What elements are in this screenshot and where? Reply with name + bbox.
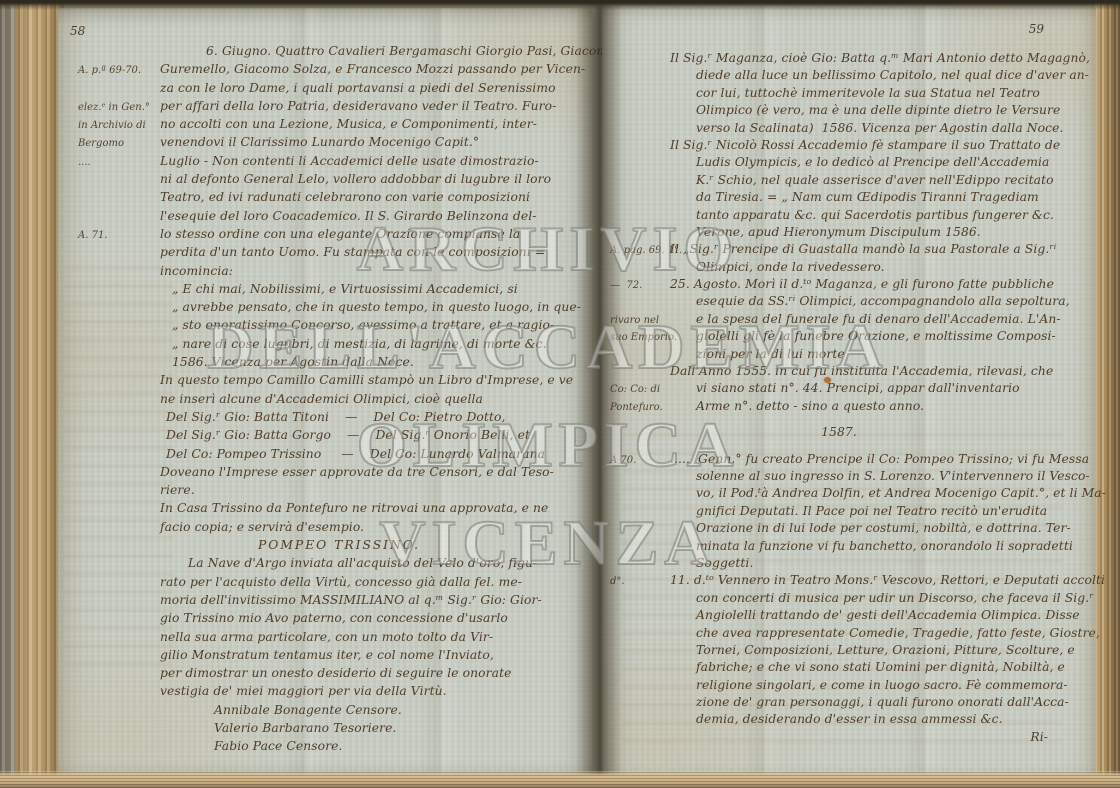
- line-text: vi siano stati n°. 44. Prencipi, appar d…: [696, 381, 1088, 395]
- manuscript-line: ni al defonto General Lelo, vollero addo…: [66, 172, 578, 190]
- page-number-right: 59: [1029, 22, 1044, 36]
- line-text: religione singolari, e come in luogo sac…: [696, 678, 1088, 692]
- line-text: vestigia de' miei maggiori per via della…: [160, 684, 578, 698]
- line-text: In questo tempo Camillo Camilli stampò u…: [160, 373, 578, 387]
- manuscript-line: tanto apparatu &c. qui Sacerdotis partib…: [606, 208, 1088, 225]
- line-text: perdita d'un tanto Uomo. Fu stampata con…: [160, 245, 578, 259]
- line-text: In Casa Trissino da Pontefuro ne ritrova…: [160, 501, 578, 515]
- manuscript-line: vo, il Pod.ᵗà Andrea Dolfin, et Andrea M…: [606, 486, 1088, 503]
- manuscript-line: ne inserì alcune d'Accademici Olimpici, …: [66, 392, 578, 410]
- book-page-edges-right: [1093, 0, 1120, 788]
- manuscript-line: gilio Monstratum tentamus iter, e col no…: [66, 648, 578, 666]
- line-text: facio copia; e servirà d'esempio.: [160, 520, 578, 534]
- manuscript-line: in Archivio di no accolti con una Lezion…: [66, 117, 578, 135]
- manuscript-line: In Casa Trissino da Pontefuro ne ritrova…: [66, 501, 578, 519]
- line-text: Ri-: [670, 730, 1088, 744]
- line-text: giolelli gli fè la funebre Orazione, e m…: [696, 329, 1088, 343]
- manuscript-line: elez.ᵉ in Gen.° per affari della loro Pa…: [66, 99, 578, 117]
- manuscript-line: Pontefuro. Arme n°. detto - sino a quest…: [606, 399, 1088, 416]
- line-text: „ sto onoratissimo Concorso, avessimo a …: [172, 318, 578, 332]
- manuscript-line: perdita d'un tanto Uomo. Fu stampata con…: [66, 245, 578, 263]
- manuscript-line: cor lui, tuttochè immeritevole la sua St…: [606, 86, 1088, 103]
- line-text: Verone, apud Hieronymum Discipulum 1586.: [696, 225, 1088, 239]
- manuscript-line: Ludis Olympicis, e lo dedicò al Prencipe…: [606, 155, 1088, 172]
- manuscript-line: A. p.ª 69-70. Guremello, Giacomo Solza, …: [66, 62, 578, 80]
- manuscript-line: za con le loro Dame, i quali portavansi …: [66, 81, 578, 99]
- line-text: cor lui, tuttochè immeritevole la sua St…: [696, 86, 1088, 100]
- page-number-left: 58: [70, 24, 85, 38]
- line-text: Annibale Bonagente Censore.: [214, 703, 578, 717]
- manuscript-line: zione de' gran personaggi, i quali furon…: [606, 695, 1088, 712]
- line-text: ne inserì alcune d'Accademici Olimpici, …: [160, 392, 578, 406]
- manuscript-line: zioni per la di lui morte: [606, 347, 1088, 364]
- line-text: 1586. Vicenza per Agostin dalla Noce.: [172, 355, 578, 369]
- line-text: demia, desiderando d'esser in essa ammes…: [696, 712, 1088, 726]
- line-text: venendovi il Clarissimo Lunardo Mocenigo…: [160, 135, 578, 149]
- manuscript-line: demia, desiderando d'esser in essa ammes…: [606, 712, 1088, 729]
- line-text: e la spesa del funerale fu di denaro del…: [696, 312, 1088, 326]
- book-page-edges-left: [0, 0, 64, 788]
- manuscript-line: Tornei, Composizioni, Letture, Orazioni,…: [606, 643, 1088, 660]
- manuscript-line: Del Sig.ʳ Gio: Batta Titoni — Del Co: Pi…: [66, 410, 578, 428]
- manuscript-line: vestigia de' miei maggiori per via della…: [66, 684, 578, 702]
- line-text: moria dell'invitissimo MASSIMILIANO al q…: [160, 593, 578, 607]
- manuscript-line: l'esequie del loro Coacademico. Il S. Gi…: [66, 209, 578, 227]
- manuscript-line: per dimostrar un onesto desiderio di seg…: [66, 666, 578, 684]
- margin-note: elez.ᵉ in Gen.°: [66, 102, 158, 113]
- line-text: Soggetti.: [696, 556, 1088, 570]
- manuscript-line: A 70. ..... Genn.° fu creato Prencipe il…: [606, 452, 1088, 469]
- line-text: „ nare di cose lugubri, di mestizia, di …: [172, 337, 578, 351]
- manuscript-line: gnifici Deputati. Il Pace poi nel Teatro…: [606, 504, 1088, 521]
- line-text: gnifici Deputati. Il Pace poi nel Teatro…: [696, 504, 1088, 518]
- manuscript-line: d°. 11. d.ᵗᵒ Vennero in Teatro Mons.ʳ Ve…: [606, 573, 1088, 590]
- line-text: Del Sig.ʳ Gio: Batta Titoni — Del Co: Pi…: [166, 410, 578, 424]
- manuscript-line: Olimpico (è vero, ma è una delle dipinte…: [606, 103, 1088, 120]
- manuscript-line: A. 71. lo stesso ordine con una elegante…: [66, 227, 578, 245]
- line-text: che avea rappresentate Comedie, Tragedie…: [696, 626, 1100, 640]
- margin-note: A. p.ª 69-70.: [66, 65, 158, 76]
- manuscript-line: „ nare di cose lugubri, di mestizia, di …: [66, 337, 578, 355]
- manuscript-line: .... Luglio - Non contenti li Accademici…: [66, 154, 578, 172]
- manuscript-scan: 58 6. Giugno. Quattro Cavalieri Bergamas…: [0, 0, 1120, 788]
- manuscript-line: [606, 443, 1088, 452]
- manuscript-line: Valerio Barbarano Tesoriere.: [66, 721, 578, 739]
- line-text: no accolti con una Lezione, Musica, e Co…: [160, 117, 578, 131]
- line-text: 11. d.ᵗᵒ Vennero in Teatro Mons.ʳ Vescov…: [670, 573, 1105, 587]
- manuscript-line: Ri-: [606, 730, 1088, 747]
- manuscript-line: Teatro, ed ivi radunati celebrarono con …: [66, 190, 578, 208]
- manuscript-line: Fabio Pace Censore.: [66, 739, 578, 757]
- manuscript-line: rato per l'acquisto della Virtù, concess…: [66, 575, 578, 593]
- manuscript-line: facio copia; e servirà d'esempio.: [66, 520, 578, 538]
- margin-note: A. 71.: [66, 230, 158, 241]
- line-text: l'esequie del loro Coacademico. Il S. Gi…: [160, 209, 578, 223]
- line-text: za con le loro Dame, i quali portavansi …: [160, 81, 578, 95]
- manuscript-line: rivaro nel e la spesa del funerale fu di…: [606, 312, 1088, 329]
- line-text: POMPEO TRISSINO.: [160, 538, 518, 552]
- manuscript-line: diede alla luce un bellissimo Capitolo, …: [606, 68, 1088, 85]
- right-page-text-block: Il Sig.ʳ Maganza, cioè Gio: Batta q.ᵐ Ma…: [606, 51, 1088, 747]
- line-text: La Nave d'Argo inviata all'acquisto del …: [188, 556, 578, 570]
- line-text: esequie da SS.ʳⁱ Olimpici, accompagnando…: [696, 294, 1088, 308]
- margin-note: in Archivio di: [66, 120, 158, 131]
- left-page-text-block: 6. Giugno. Quattro Cavalieri Bergamaschi…: [66, 44, 578, 758]
- line-text: incomincia:: [160, 264, 578, 278]
- line-text: Arme n°. detto - sino a questo anno.: [696, 399, 1088, 413]
- manuscript-line: Co: Co: di vi siano stati n°. 44. Prenci…: [606, 381, 1088, 398]
- manuscript-line: „ E chi mai, Nobilissimi, e Virtuosissim…: [66, 282, 578, 300]
- line-text: Dall'Anno 1555. in cui fu instituita l'A…: [670, 364, 1088, 378]
- manuscript-line: religione singolari, e come in luogo sac…: [606, 678, 1088, 695]
- manuscript-line: [606, 416, 1088, 425]
- manuscript-line: da Tiresia. = „ Nam cum Œdipodis Tiranni…: [606, 190, 1088, 207]
- manuscript-line: Del Sig.ʳ Gio: Batta Gorgo — Del Sig.ʳ O…: [66, 428, 578, 446]
- manuscript-line: Bergomo venendovi il Clarissimo Lunardo …: [66, 135, 578, 153]
- line-text: 1587.: [670, 425, 1008, 439]
- manuscript-line: A. pag. 69. 1°. Il „Sig.ʳ Prencipe di Gu…: [606, 242, 1088, 259]
- line-text: gilio Monstratum tentamus iter, e col no…: [160, 648, 578, 662]
- manuscript-line: con concerti di musica per udir un Disco…: [606, 591, 1088, 608]
- line-text: Del Sig.ʳ Gio: Batta Gorgo — Del Sig.ʳ O…: [166, 428, 578, 442]
- left-page: 58 6. Giugno. Quattro Cavalieri Bergamas…: [58, 8, 592, 780]
- line-text: Luglio - Non contenti li Accademici dell…: [160, 154, 578, 168]
- line-text: K.ʳ Schio, nel quale asserisce d'aver ne…: [696, 173, 1088, 187]
- line-text: vo, il Pod.ᵗà Andrea Dolfin, et Andrea M…: [696, 486, 1106, 500]
- line-text: verso la Scalinata) 1586. Vicenza per Ag…: [696, 121, 1088, 135]
- margin-note: ....: [66, 157, 158, 168]
- line-text: per dimostrar un onesto desiderio di seg…: [160, 666, 578, 680]
- manuscript-line: La Nave d'Argo inviata all'acquisto del …: [66, 556, 578, 574]
- manuscript-line: minata la funzione vi fu banchetto, onor…: [606, 539, 1088, 556]
- line-text: zione de' gran personaggi, i quali furon…: [696, 695, 1088, 709]
- ink-stain: [824, 377, 831, 383]
- line-text: lo stesso ordine con una elegante Orazio…: [160, 227, 578, 241]
- line-text: gio Trissino mio Avo paterno, con conces…: [160, 611, 578, 625]
- line-text: Tornei, Composizioni, Letture, Orazioni,…: [696, 643, 1088, 657]
- manuscript-line: „ avrebbe pensato, che in questo tempo, …: [66, 300, 578, 318]
- line-text: da Tiresia. = „ Nam cum Œdipodis Tiranni…: [696, 190, 1088, 204]
- manuscript-line: solenne al suo ingresso in S. Lorenzo. V…: [606, 469, 1088, 486]
- line-text: „ avrebbe pensato, che in questo tempo, …: [172, 300, 581, 314]
- line-text: 25. Agosto. Morì il d.ᵗᵒ Maganza, e gli …: [670, 277, 1088, 291]
- line-text: Olimpico (è vero, ma è una delle dipinte…: [696, 103, 1088, 117]
- line-text: Fabio Pace Censore.: [214, 739, 578, 753]
- line-text: 6. Giugno. Quattro Cavalieri Bergamaschi…: [206, 44, 616, 58]
- book-edge-top: [0, 0, 1120, 10]
- line-text: zioni per la di lui morte: [696, 347, 1088, 361]
- manuscript-line: K.ʳ Schio, nel quale asserisce d'aver ne…: [606, 173, 1088, 190]
- line-text: ni al defonto General Lelo, vollero addo…: [160, 172, 578, 186]
- line-text: con concerti di musica per udir un Disco…: [696, 591, 1094, 605]
- line-text: ..... Genn.° fu creato Prencipe il Co: P…: [670, 452, 1089, 466]
- line-text: „ E chi mai, Nobilissimi, e Virtuosissim…: [172, 282, 578, 296]
- line-text: Olimpici, onde la rivedessero.: [696, 260, 1088, 274]
- book-gutter-shadow: [576, 0, 622, 788]
- line-text: minata la funzione vi fu banchetto, onor…: [696, 539, 1088, 553]
- manuscript-line: „ sto onoratissimo Concorso, avessimo a …: [66, 318, 578, 336]
- manuscript-line: fabriche; e che vi sono stati Uomini per…: [606, 660, 1088, 677]
- manuscript-line: Del Co: Pompeo Trissino — Del Co: Lunard…: [66, 447, 578, 465]
- manuscript-line: 1586. Vicenza per Agostin dalla Noce.: [66, 355, 578, 373]
- manuscript-line: Olimpici, onde la rivedessero.: [606, 260, 1088, 277]
- line-text: solenne al suo ingresso in S. Lorenzo. V…: [696, 469, 1090, 483]
- manuscript-line: In questo tempo Camillo Camilli stampò u…: [66, 373, 578, 391]
- manuscript-line: Dall'Anno 1555. in cui fu instituita l'A…: [606, 364, 1088, 381]
- line-text: Il „Sig.ʳ Prencipe di Guastalla mandò la…: [670, 242, 1088, 256]
- line-text: tanto apparatu &c. qui Sacerdotis partib…: [696, 208, 1088, 222]
- manuscript-line: verso la Scalinata) 1586. Vicenza per Ag…: [606, 121, 1088, 138]
- margin-note: Bergomo: [66, 138, 158, 149]
- line-text: Angiolelli trattando de' gesti dell'Acca…: [696, 608, 1088, 622]
- line-text: per affari della loro Patria, desiderava…: [160, 99, 578, 113]
- manuscript-line: gio Trissino mio Avo paterno, con conces…: [66, 611, 578, 629]
- manuscript-line: Soggetti.: [606, 556, 1088, 573]
- line-text: Il Sig.ʳ Nicolò Rossi Accademio fè stamp…: [670, 138, 1088, 152]
- line-text: fabriche; e che vi sono stati Uomini per…: [696, 660, 1088, 674]
- right-page: 59 Il Sig.ʳ Maganza, cioè Gio: Batta q.ᵐ…: [602, 5, 1096, 783]
- manuscript-line: POMPEO TRISSINO.: [66, 538, 578, 556]
- manuscript-line: Annibale Bonagente Censore.: [66, 703, 578, 721]
- manuscript-line: Angiolelli trattando de' gesti dell'Acca…: [606, 608, 1088, 625]
- manuscript-line: nella sua arma particolare, con un moto …: [66, 630, 578, 648]
- manuscript-line: Doveano l'Imprese esser approvate da tre…: [66, 465, 578, 483]
- line-text: nella sua arma particolare, con un moto …: [160, 630, 578, 644]
- line-text: rato per l'acquisto della Virtù, concess…: [160, 575, 578, 589]
- manuscript-line: suo Emporio. giolelli gli fè la funebre …: [606, 329, 1088, 346]
- manuscript-line: Verone, apud Hieronymum Discipulum 1586.: [606, 225, 1088, 242]
- manuscript-line: — 72. 25. Agosto. Morì il d.ᵗᵒ Maganza, …: [606, 277, 1088, 294]
- manuscript-line: riere.: [66, 483, 578, 501]
- manuscript-line: Orazione in di lui lode per costumi, nob…: [606, 521, 1088, 538]
- line-text: Doveano l'Imprese esser approvate da tre…: [160, 465, 578, 479]
- manuscript-line: esequie da SS.ʳⁱ Olimpici, accompagnando…: [606, 294, 1088, 311]
- line-text: Valerio Barbarano Tesoriere.: [214, 721, 578, 735]
- book-page-edges-bottom: [0, 771, 1120, 788]
- line-text: Orazione in di lui lode per costumi, nob…: [696, 521, 1088, 535]
- manuscript-line: Il Sig.ʳ Nicolò Rossi Accademio fè stamp…: [606, 138, 1088, 155]
- line-text: Teatro, ed ivi radunati celebrarono con …: [160, 190, 578, 204]
- manuscript-line: 1587.: [606, 425, 1088, 442]
- line-text: Del Co: Pompeo Trissino — Del Co: Lunard…: [166, 447, 578, 461]
- line-text: Il Sig.ʳ Maganza, cioè Gio: Batta q.ᵐ Ma…: [670, 51, 1090, 65]
- manuscript-line: che avea rappresentate Comedie, Tragedie…: [606, 626, 1088, 643]
- line-text: riere.: [160, 483, 578, 497]
- manuscript-line: incomincia:: [66, 264, 578, 282]
- line-text: Ludis Olympicis, e lo dedicò al Prencipe…: [696, 155, 1088, 169]
- manuscript-line: 6. Giugno. Quattro Cavalieri Bergamaschi…: [66, 44, 578, 62]
- manuscript-line: moria dell'invitissimo MASSIMILIANO al q…: [66, 593, 578, 611]
- line-text: diede alla luce un bellissimo Capitolo, …: [696, 68, 1089, 82]
- manuscript-line: Il Sig.ʳ Maganza, cioè Gio: Batta q.ᵐ Ma…: [606, 51, 1088, 68]
- line-text: Guremello, Giacomo Solza, e Francesco Mo…: [160, 62, 585, 76]
